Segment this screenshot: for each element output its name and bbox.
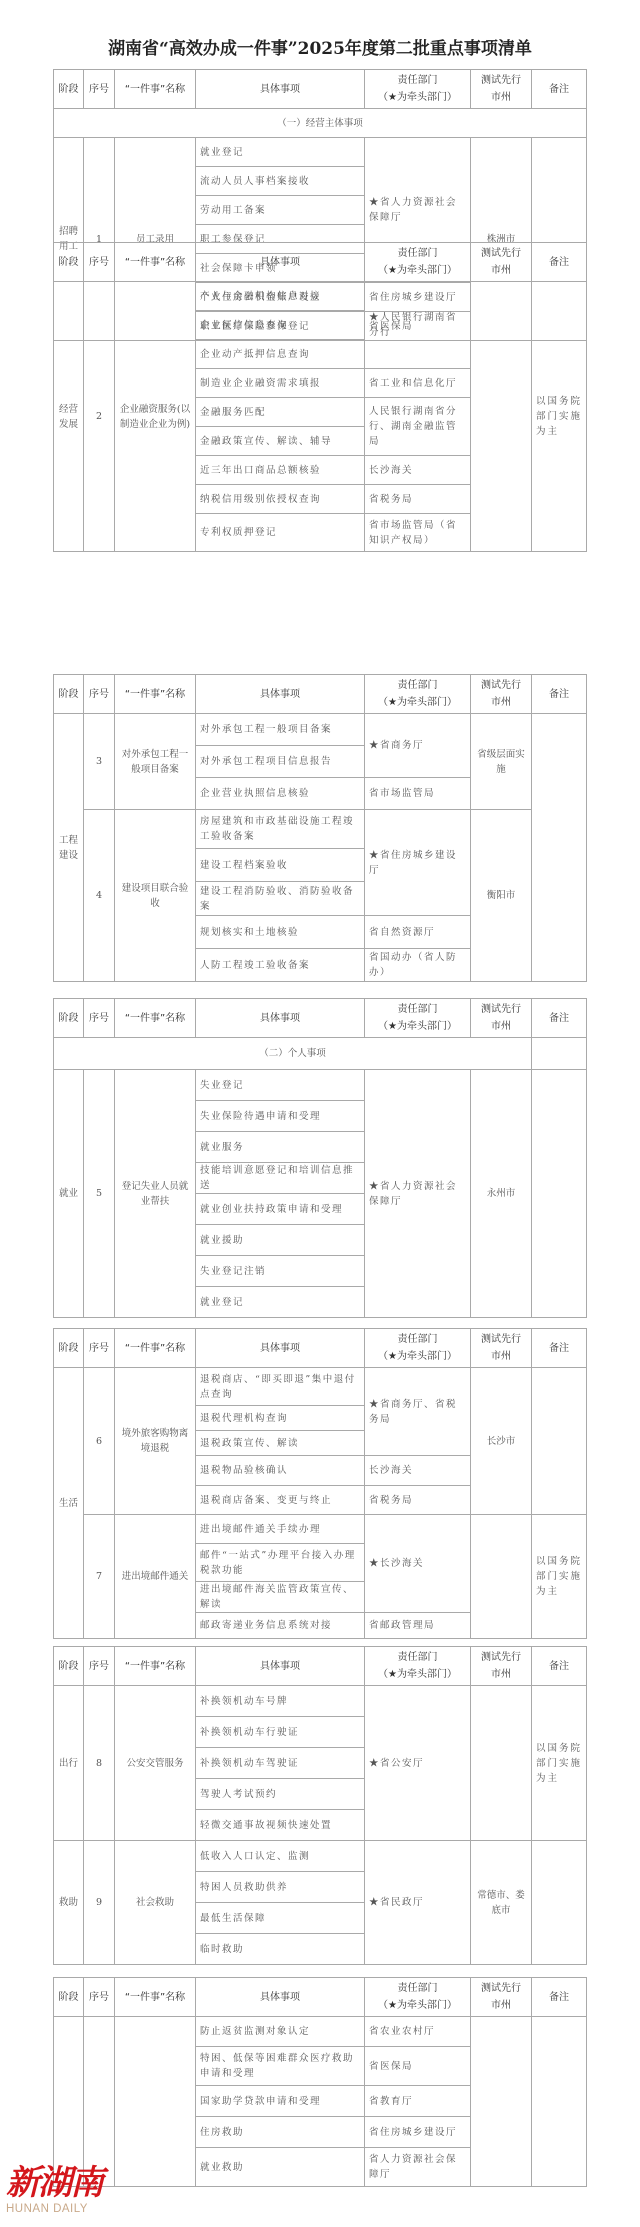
item-cell: 制造业企业融资需求填报 [196, 369, 365, 398]
table-row: 招聘用工 1 员工录用 就业登记 ★省人力资源社会保障厅 株洲市 [54, 138, 587, 167]
header-seq: 序号 [84, 999, 115, 1038]
item-cell: 退税政策宣传、解读 [196, 1431, 365, 1456]
dept-cell: 省税务局 [365, 485, 471, 514]
note-cell: 以国务院部门实施为主 [532, 1686, 587, 1841]
dept-cell: ★省人力资源社会保障厅 [365, 1070, 471, 1318]
item-cell: 就业创业扶持政策申请和受理 [196, 1194, 365, 1225]
header-seq: 序号 [84, 70, 115, 109]
item-cell: 失业登记 [196, 1070, 365, 1101]
header-name: “一件事”名称 [115, 1978, 196, 2017]
dept-cell: 省国动办（省人防办） [365, 949, 471, 982]
item-cell: 失业保险待遇申请和受理 [196, 1101, 365, 1132]
item-cell: 临时救助 [196, 1934, 365, 1965]
item-cell: 企业营业执照信息核验 [196, 778, 365, 810]
note-cell: 以国务院部门实施为主 [532, 282, 587, 552]
table-header-row: 阶段 序号 “一件事”名称 具体事项 责任部门（★为牵头部门） 测试先行市州 备… [54, 1329, 587, 1368]
dept-cell: 省农业农村厅 [365, 2017, 471, 2047]
name-cell: 公安交管服务 [115, 1686, 196, 1841]
page-title: 湖南省“高效办成一件事”2025年度第二批重点事项清单 [0, 34, 640, 59]
section-business: （一）经营主体事项 [54, 109, 587, 138]
header-note: 备注 [532, 1647, 587, 1686]
table-header-row: 阶段 序号 “一件事”名称 具体事项 责任部门（★为牵头部门） 测试先行市州 备… [54, 999, 587, 1038]
item-cell: 专利权质押登记 [196, 514, 365, 552]
dept-cell: 省市场监管局（省知识产权局） [365, 514, 471, 552]
table-row: 工程建设 3 对外承包工程一般项目备案 对外承包工程一般项目备案 ★省商务厅 省… [54, 714, 587, 746]
item-cell: 防止返贫监测对象认定 [196, 2017, 365, 2047]
header-city: 测试先行市州 [471, 1647, 532, 1686]
item-cell: 低收入人口认定、监测 [196, 1841, 365, 1872]
dept-cell: 省邮政管理局 [365, 1613, 471, 1639]
seq-cell: 8 [84, 1686, 115, 1841]
watermark-logo-cn: 新湖南 [6, 2163, 136, 2203]
header-note: 备注 [532, 1978, 587, 2017]
item-cell: 建设工程消防验收、消防验收备案 [196, 882, 365, 916]
name-cell: 企业融资服务(以制造业企业为例) [115, 282, 196, 552]
header-dept: 责任部门（★为牵头部门） [365, 243, 471, 282]
header-seq: 序号 [84, 1329, 115, 1368]
phase-cell-continued [54, 2017, 84, 2187]
item-cell: 特困人员救助供养 [196, 1872, 365, 1903]
dept-cell: ★省住房城乡建设厅 [365, 810, 471, 916]
item-cell: 企业动产抵押信息查询 [196, 340, 365, 369]
city-cell [471, 1515, 532, 1639]
header-city: 测试先行市州 [471, 999, 532, 1038]
header-phase: 阶段 [54, 70, 84, 109]
section-personal: （二）个人事项 [54, 1038, 532, 1070]
header-city: 测试先行市州 [471, 675, 532, 714]
header-note: 备注 [532, 1329, 587, 1368]
item-cell: 就业援助 [196, 1225, 365, 1256]
item-cell: 补换领机动车号牌 [196, 1686, 365, 1717]
table-block-6: 阶段 序号 “一件事”名称 具体事项 责任部门（★为牵头部门） 测试先行市州 备… [53, 1646, 587, 1965]
header-dept: 责任部门（★为牵头部门） [365, 675, 471, 714]
header-name: “一件事”名称 [115, 70, 196, 109]
table-row: 救助 9 社会救助 低收入人口认定、监测 ★省民政厅 常德市、娄底市 [54, 1841, 587, 1872]
item-cell: 就业服务 [196, 1132, 365, 1163]
table-block-4: 阶段 序号 “一件事”名称 具体事项 责任部门（★为牵头部门） 测试先行市州 备… [53, 998, 587, 1318]
dept-cell: ★省商务厅 [365, 714, 471, 778]
seq-cell: 7 [84, 1515, 115, 1639]
item-cell: 人防工程竣工验收备案 [196, 949, 365, 982]
item-cell: 规划核实和土地核验 [196, 916, 365, 949]
dept-cell: 省住房城乡建设厅 [365, 2117, 471, 2148]
city-cell: 长沙市 [471, 1368, 532, 1515]
table-block-7: 阶段 序号 “一件事”名称 具体事项 责任部门（★为牵头部门） 测试先行市州 备… [53, 1977, 587, 2187]
item-cell: 退税商店、“即买即退”集中退付点查询 [196, 1368, 365, 1406]
note-cell [532, 1070, 587, 1318]
header-city: 测试先行市州 [471, 1329, 532, 1368]
header-name: “一件事”名称 [115, 243, 196, 282]
header-items: 具体事项 [196, 70, 365, 109]
header-note: 备注 [532, 70, 587, 109]
header-dept: 责任部门（★为牵头部门） [365, 1329, 471, 1368]
dept-cell: ★省商务厅、省税务局 [365, 1368, 471, 1456]
item-cell: 金融服务匹配 [196, 398, 365, 427]
header-dept: 责任部门（★为牵头部门） [365, 1978, 471, 2017]
item-cell: 补换领机动车驾驶证 [196, 1748, 365, 1779]
name-cell: 境外旅客购物离境退税 [115, 1368, 196, 1515]
table-header-row: 阶段 序号 “一件事”名称 具体事项 责任部门（★为牵头部门） 测试先行市州 备… [54, 1978, 587, 2017]
section-row: （二）个人事项 [54, 1038, 587, 1070]
header-name: “一件事”名称 [115, 675, 196, 714]
city-cell-continued [471, 2017, 532, 2187]
phase-cell: 生活 [54, 1368, 84, 1639]
item-cell: 失业登记注销 [196, 1256, 365, 1287]
phase-cell: 经营发展 [54, 282, 84, 552]
header-note: 备注 [532, 675, 587, 714]
seq-cell: 9 [84, 1841, 115, 1965]
phase-cell: 就业 [54, 1070, 84, 1318]
item-cell: 技能培训意愿登记和培训信息推送 [196, 1163, 365, 1194]
dept-cell: ★省民政厅 [365, 1841, 471, 1965]
note-cell: 以国务院部门实施为主 [532, 1515, 587, 1639]
item-cell: 企业征信信息查询 [196, 311, 365, 340]
item-cell: 退税物品验核确认 [196, 1456, 365, 1486]
item-cell: 对外承包工程一般项目备案 [196, 714, 365, 746]
dept-cell: 人民银行湖南省分行、湖南金融监管局 [365, 398, 471, 456]
seq-cell: 2 [84, 282, 115, 552]
item-cell: 国家助学贷款申请和受理 [196, 2086, 365, 2117]
header-name: “一件事”名称 [115, 999, 196, 1038]
header-phase: 阶段 [54, 1647, 84, 1686]
phase-cell: 救助 [54, 1841, 84, 1965]
watermark-logo-en: HUNAN DAILY [6, 2203, 136, 2215]
item-cell: 对外承包工程项目信息报告 [196, 746, 365, 778]
header-phase: 阶段 [54, 999, 84, 1038]
item-cell: 补换领机动车行驶证 [196, 1717, 365, 1748]
item-cell: 进出境邮件海关监管政策宣传、解读 [196, 1582, 365, 1613]
dept-cell: 省工业和信息化厅 [365, 369, 471, 398]
item-cell: 轻微交通事故视频快速处置 [196, 1810, 365, 1841]
hunan-daily-watermark: 新湖南 HUNAN DAILY [6, 2163, 136, 2215]
phase-cell: 出行 [54, 1686, 84, 1841]
item-cell: 最低生活保障 [196, 1903, 365, 1934]
city-cell: 省级层面实施 [471, 714, 532, 810]
seq-cell: 5 [84, 1070, 115, 1318]
city-cell: 永州市 [471, 1070, 532, 1318]
dept-cell: 省市场监管局 [365, 778, 471, 810]
header-city: 测试先行市州 [471, 1978, 532, 2017]
name-cell: 对外承包工程一般项目备案 [115, 714, 196, 810]
header-name: “一件事”名称 [115, 1329, 196, 1368]
table-row: 经营发展 2 企业融资服务(以制造业企业为例) 产业与金融机构信息对接 ★人民银… [54, 282, 587, 311]
item-cell: 近三年出口商品总额核验 [196, 456, 365, 485]
header-dept: 责任部门（★为牵头部门） [365, 1647, 471, 1686]
name-cell: 登记失业人员就业帮扶 [115, 1070, 196, 1318]
header-phase: 阶段 [54, 675, 84, 714]
header-items: 具体事项 [196, 1329, 365, 1368]
header-seq: 序号 [84, 675, 115, 714]
dept-cell: ★省公安厅 [365, 1686, 471, 1841]
name-cell: 进出境邮件通关 [115, 1515, 196, 1639]
table-row: 防止返贫监测对象认定 省农业农村厅 [54, 2017, 587, 2047]
city-cell: 衡阳市 [471, 810, 532, 982]
item-cell: 就业登记 [196, 1287, 365, 1318]
header-items: 具体事项 [196, 1647, 365, 1686]
table-row: 7 进出境邮件通关 进出境邮件通关手续办理 ★长沙海关 以国务院部门实施为主 [54, 1515, 587, 1544]
note-cell [532, 714, 587, 982]
name-cell-continued [115, 2017, 196, 2187]
city-cell [471, 1686, 532, 1841]
header-note: 备注 [532, 999, 587, 1038]
header-name: “一件事”名称 [115, 1647, 196, 1686]
header-items: 具体事项 [196, 675, 365, 714]
item-cell: 退税代理机构查询 [196, 1406, 365, 1431]
header-items: 具体事项 [196, 1978, 365, 2017]
note-cell-continued [532, 2017, 587, 2187]
item-cell: 退税商店备案、变更与终止 [196, 1486, 365, 1515]
seq-cell-continued [84, 2017, 115, 2187]
item-cell: 特困、低保等困难群众医疗救助申请和受理 [196, 2047, 365, 2086]
city-cell [471, 282, 532, 552]
header-dept: 责任部门（★为牵头部门） [365, 999, 471, 1038]
table-header-row: 阶段 序号 “一件事”名称 具体事项 责任部门（★为牵头部门） 测试先行市州 备… [54, 70, 587, 109]
dept-cell: 长沙海关 [365, 1456, 471, 1486]
item-cell: 房屋建筑和市政基础设施工程竣工验收备案 [196, 810, 365, 849]
dept-cell: 省税务局 [365, 1486, 471, 1515]
header-dept: 责任部门（★为牵头部门） [365, 70, 471, 109]
item-cell: 就业登记 [196, 138, 365, 167]
table-block-2: 阶段 序号 “一件事”名称 具体事项 责任部门（★为牵头部门） 测试先行市州 备… [53, 242, 587, 552]
section-row: （一）经营主体事项 [54, 109, 587, 138]
table-header-row: 阶段 序号 “一件事”名称 具体事项 责任部门（★为牵头部门） 测试先行市州 备… [54, 1647, 587, 1686]
dept-cell: 省医保局 [365, 2047, 471, 2086]
item-cell: 进出境邮件通关手续办理 [196, 1515, 365, 1544]
dept-cell: 省教育厅 [365, 2086, 471, 2117]
table-row: 就业 5 登记失业人员就业帮扶 失业登记 ★省人力资源社会保障厅 永州市 [54, 1070, 587, 1101]
item-cell: 住房救助 [196, 2117, 365, 2148]
item-cell: 流动人员人事档案接收 [196, 167, 365, 196]
header-phase: 阶段 [54, 1329, 84, 1368]
item-cell: 就业救助 [196, 2148, 365, 2187]
item-cell: 纳税信用级别依授权查询 [196, 485, 365, 514]
item-cell: 驾驶人考试预约 [196, 1779, 365, 1810]
note-cell [532, 1841, 587, 1965]
table-header-row: 阶段 序号 “一件事”名称 具体事项 责任部门（★为牵头部门） 测试先行市州 备… [54, 243, 587, 282]
table-row: 生活 6 境外旅客购物离境退税 退税商店、“即买即退”集中退付点查询 ★省商务厅… [54, 1368, 587, 1406]
item-cell: 产业与金融机构信息对接 [196, 282, 365, 311]
item-cell: 劳动用工备案 [196, 196, 365, 225]
item-cell: 金融政策宣传、解读、辅导 [196, 427, 365, 456]
city-cell: 常德市、娄底市 [471, 1841, 532, 1965]
seq-cell: 6 [84, 1368, 115, 1515]
dept-cell: 省人力资源社会保障厅 [365, 2148, 471, 2187]
header-items: 具体事项 [196, 243, 365, 282]
dept-cell: 长沙海关 [365, 456, 471, 485]
header-phase: 阶段 [54, 1978, 84, 2017]
header-seq: 序号 [84, 243, 115, 282]
header-city: 测试先行市州 [471, 243, 532, 282]
dept-cell: ★长沙海关 [365, 1515, 471, 1613]
seq-cell: 4 [84, 810, 115, 982]
table-row: 出行 8 公安交管服务 补换领机动车号牌 ★省公安厅 以国务院部门实施为主 [54, 1686, 587, 1717]
table-header-row: 阶段 序号 “一件事”名称 具体事项 责任部门（★为牵头部门） 测试先行市州 备… [54, 675, 587, 714]
item-cell: 邮政寄递业务信息系统对接 [196, 1613, 365, 1639]
header-seq: 序号 [84, 1978, 115, 2017]
name-cell: 社会救助 [115, 1841, 196, 1965]
name-cell: 建设项目联合验收 [115, 810, 196, 982]
item-cell: 建设工程档案验收 [196, 849, 365, 882]
header-seq: 序号 [84, 1647, 115, 1686]
item-cell: 邮件“一站式”办理平台接入办理税款功能 [196, 1544, 365, 1582]
table-row: 4 建设项目联合验收 房屋建筑和市政基础设施工程竣工验收备案 ★省住房城乡建设厅… [54, 810, 587, 849]
seq-cell: 3 [84, 714, 115, 810]
table-block-5: 阶段 序号 “一件事”名称 具体事项 责任部门（★为牵头部门） 测试先行市州 备… [53, 1328, 587, 1639]
note-cell [532, 1368, 587, 1515]
header-phase: 阶段 [54, 243, 84, 282]
section-note-blank [532, 1038, 587, 1070]
header-items: 具体事项 [196, 999, 365, 1038]
dept-cell: ★人民银行湖南省分行 [365, 282, 471, 369]
dept-cell: 省自然资源厅 [365, 916, 471, 949]
header-city: 测试先行市州 [471, 70, 532, 109]
header-note: 备注 [532, 243, 587, 282]
phase-cell: 工程建设 [54, 714, 84, 982]
table-block-3: 阶段 序号 “一件事”名称 具体事项 责任部门（★为牵头部门） 测试先行市州 备… [53, 674, 587, 982]
